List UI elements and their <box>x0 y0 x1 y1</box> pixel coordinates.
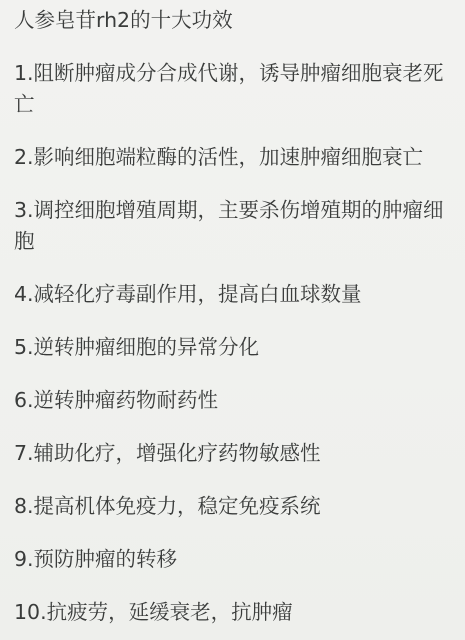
list-item: 5.逆转肿瘤细胞的异常分化 <box>14 332 451 363</box>
document-page: 人参皂苷rh2的十大功效 1.阻断肿瘤成分合成代谢，诱导肿瘤细胞衰老死亡 2.影… <box>0 0 465 640</box>
list-item: 4.减轻化疗毒副作用，提高白血球数量 <box>14 279 451 310</box>
list-item: 7.辅助化疗，增强化疗药物敏感性 <box>14 438 451 469</box>
list-item: 3.调控细胞增殖周期，主要杀伤增殖期的肿瘤细胞 <box>14 195 451 257</box>
page-title: 人参皂苷rh2的十大功效 <box>14 5 451 36</box>
list-item: 9.预防肿瘤的转移 <box>14 544 451 575</box>
list-item: 8.提高机体免疫力，稳定免疫系统 <box>14 491 451 522</box>
list-item: 10.抗疲劳，延缓衰老，抗肿瘤 <box>14 597 451 628</box>
list-item: 6.逆转肿瘤药物耐药性 <box>14 385 451 416</box>
list-item: 1.阻断肿瘤成分合成代谢，诱导肿瘤细胞衰老死亡 <box>14 58 451 120</box>
list-item: 2.影响细胞端粒酶的活性，加速肿瘤细胞衰亡 <box>14 142 451 173</box>
